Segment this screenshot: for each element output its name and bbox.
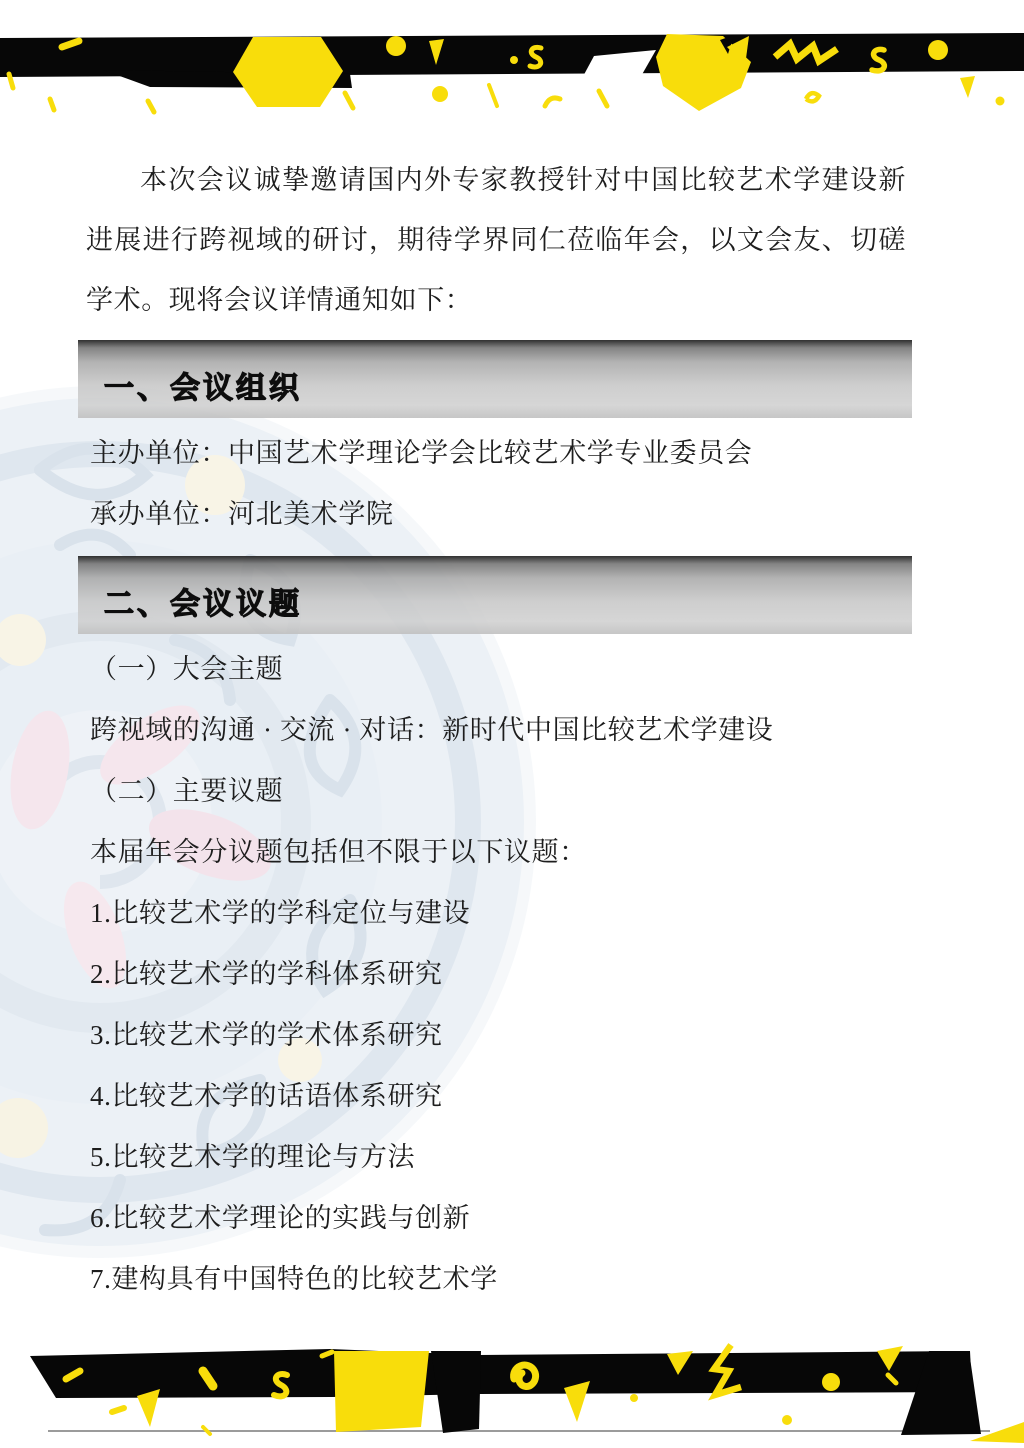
section-heading-bar: 一、会议组织 <box>78 340 912 418</box>
bottom-decorative-banner <box>0 1330 1024 1448</box>
bottom-divider-line <box>48 1430 990 1432</box>
document-content: 本次会议诚挚邀请国内外专家教授针对中国比较艺术学建设新进展进行跨视域的研讨，期待… <box>78 150 912 1321</box>
text-line: 2.比较艺术学的学科体系研究 <box>78 944 912 1005</box>
text-line: 主办单位：中国艺术学理论学会比较艺术学专业委员会 <box>78 423 912 484</box>
top-decorative-banner <box>0 0 1024 130</box>
text-line: 3.比较艺术学的学术体系研究 <box>78 1005 912 1066</box>
text-line: （二）主要议题 <box>78 761 912 822</box>
text-line: （一）大会主题 <box>78 639 912 700</box>
text-line: 6.比较艺术学理论的实践与创新 <box>78 1188 912 1249</box>
document-section: 一、会议组织 主办单位：中国艺术学理论学会比较艺术学专业委员会 承办单位：河北美… <box>78 340 912 556</box>
text-line: 承办单位：河北美术学院 <box>78 484 912 545</box>
intro-paragraph: 本次会议诚挚邀请国内外专家教授针对中国比较艺术学建设新进展进行跨视域的研讨，期待… <box>86 150 906 330</box>
section-heading-bar: 二、会议议题 <box>78 556 912 634</box>
text-line: 跨视域的沟通 · 交流 · 对话：新时代中国比较艺术学建设 <box>78 700 912 761</box>
top-banner-strip <box>0 33 1024 88</box>
section-heading: 一、会议组织 <box>104 363 302 407</box>
document-section: 二、会议议题 （一）大会主题 跨视域的沟通 · 交流 · 对话：新时代中国比较艺… <box>78 556 912 1321</box>
bottom-banner-confetti <box>66 1345 1024 1443</box>
section-heading: 二、会议议题 <box>104 579 302 623</box>
text-line: 4.比较艺术学的话语体系研究 <box>78 1066 912 1127</box>
sections-container: 一、会议组织 主办单位：中国艺术学理论学会比较艺术学专业委员会 承办单位：河北美… <box>78 340 912 1321</box>
text-line: 5.比较艺术学的理论与方法 <box>78 1127 912 1188</box>
section-lines: （一）大会主题 跨视域的沟通 · 交流 · 对话：新时代中国比较艺术学建设 （二… <box>78 634 912 1321</box>
section-lines: 主办单位：中国艺术学理论学会比较艺术学专业委员会 承办单位：河北美术学院 <box>78 418 912 556</box>
bottom-banner-strip <box>30 1349 981 1435</box>
text-line: 本届年会分议题包括但不限于以下议题： <box>78 822 912 883</box>
text-line: 7.建构具有中国特色的比较艺术学 <box>78 1249 912 1310</box>
text-line: 1.比较艺术学的学科定位与建设 <box>78 883 912 944</box>
document-page: 本次会议诚挚邀请国内外专家教授针对中国比较艺术学建设新进展进行跨视域的研讨，期待… <box>0 0 1024 1448</box>
top-banner-confetti <box>9 34 1005 112</box>
